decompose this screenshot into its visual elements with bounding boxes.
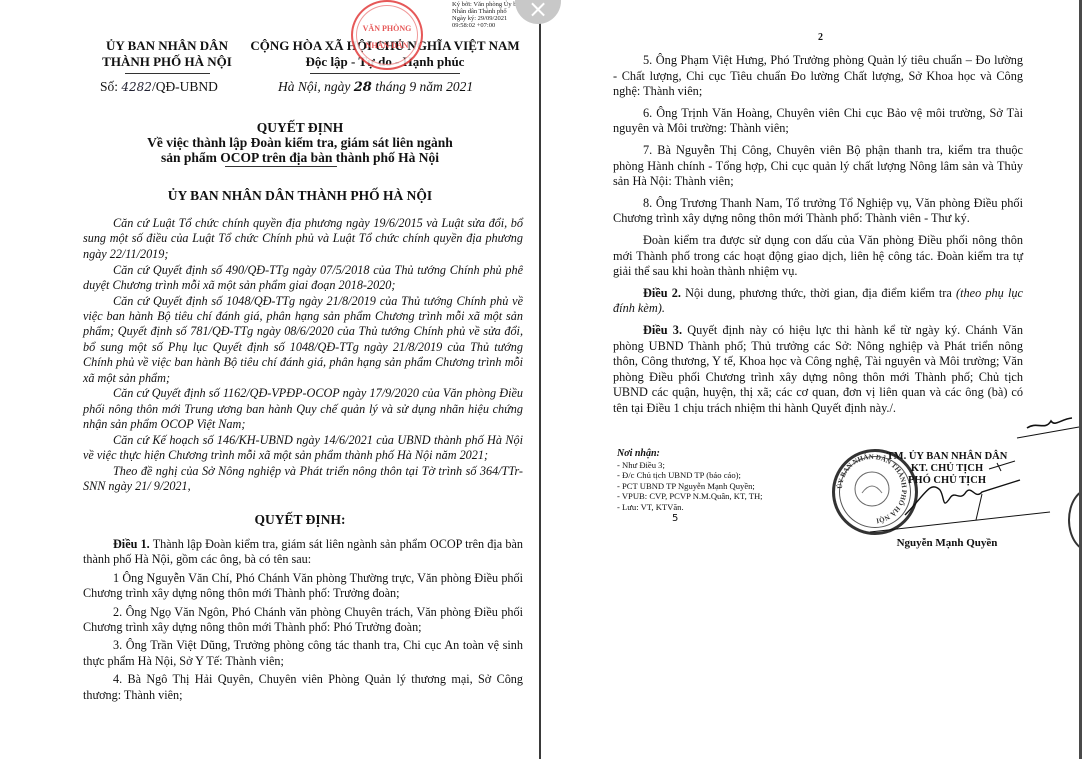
recipient-item: - Lưu: VT, KTVăn. xyxy=(617,502,837,513)
article-2-text: Nội dung, phương thức, thời gian, địa đi… xyxy=(681,286,956,300)
recipients-list: Nơi nhận: - Như Điều 3; - Đ/c Chủ tịch U… xyxy=(617,449,837,525)
org-line-1: ỦY BAN NHÂN DÂN xyxy=(92,38,242,54)
subtitle-line-1: Về việc thành lập Đoàn kiểm tra, giám sá… xyxy=(80,135,520,150)
doc-no-handwritten: 4282 xyxy=(121,80,152,94)
basis-item: Căn cứ Quyết định số 490/QĐ-TTg ngày 07/… xyxy=(83,263,523,294)
initial-mark-icon xyxy=(1017,413,1082,443)
article-2: Điều 2. Nội dung, phương thức, thời gian… xyxy=(613,286,1023,317)
member-item: 2. Ông Ngọ Văn Ngôn, Phó Chánh văn phòng… xyxy=(83,605,523,636)
member-item: 8. Ông Trương Thanh Nam, Tổ trưởng Tổ Ng… xyxy=(613,196,1023,227)
recipient-item: - Đ/c Chủ tịch UBND TP (báo cáo); xyxy=(617,470,837,481)
article-1: Điều 1. Thành lập Đoàn kiểm tra, giám sá… xyxy=(83,537,523,706)
decide-heading: QUYẾT ĐỊNH: xyxy=(80,512,520,528)
recipients-heading: Nơi nhận: xyxy=(617,449,837,460)
place-suffix: tháng 9 năm 2021 xyxy=(372,79,473,94)
seal-bottom-text: NHÂN DÂN xyxy=(353,41,421,50)
title-underline xyxy=(225,166,337,167)
place-prefix: Hà Nội, ngày xyxy=(278,79,354,94)
signer-name: Nguyễn Mạnh Quyền xyxy=(862,537,1032,549)
handwritten-signature-icon xyxy=(900,470,1040,530)
initial-tick-icon xyxy=(987,459,1017,473)
basis-item: Căn cứ Luật Tổ chức chính quyền địa phươ… xyxy=(83,216,523,262)
article-1-intro: Điều 1. Thành lập Đoàn kiểm tra, giám sá… xyxy=(83,537,523,568)
handwritten-count: 5 xyxy=(672,514,837,525)
article-3: Điều 3. Quyết định này có hiệu lực thi h… xyxy=(613,323,1023,417)
member-item: 5. Ông Phạm Việt Hưng, Phó Trưởng phòng … xyxy=(613,53,1023,100)
place-day-handwritten: 28 xyxy=(354,80,372,95)
page-number: 2 xyxy=(818,32,823,43)
page-2-body: 5. Ông Phạm Việt Hưng, Phó Trưởng phòng … xyxy=(613,53,1023,422)
basis-item: Theo đề nghị của Sở Nông nghiệp và Phát … xyxy=(83,464,523,495)
org-underline xyxy=(125,73,210,74)
office-red-seal: VĂN PHÒNG NHÂN DÂN xyxy=(351,0,423,70)
article-2-label: Điều 2. xyxy=(643,286,681,300)
seal-usage-paragraph: Đoàn kiểm tra được sử dụng con dấu của V… xyxy=(613,233,1023,280)
legal-basis: Căn cứ Luật Tổ chức chính quyền địa phươ… xyxy=(83,216,523,495)
basis-item: Căn cứ Quyết định số 1048/QĐ-TTg ngày 21… xyxy=(83,294,523,386)
basis-item: Căn cứ Kế hoạch số 146/KH-UBND ngày 14/6… xyxy=(83,433,523,464)
article-3-label: Điều 3. xyxy=(643,323,682,337)
decision-title: QUYẾT ĐỊNH Về việc thành lập Đoàn kiểm t… xyxy=(80,120,520,165)
council-heading: ỦY BAN NHÂN DÂN THÀNH PHỐ HÀ NỘI xyxy=(80,188,520,204)
member-item: 7. Bà Nguyễn Thị Công, Chuyên viên Bộ ph… xyxy=(613,143,1023,190)
member-item: 3. Ông Trần Việt Dũng, Trưởng phòng công… xyxy=(83,638,523,669)
article-1-text: Thành lập Đoàn kiểm tra, giám sát liên n… xyxy=(83,537,523,566)
title-text: QUYẾT ĐỊNH xyxy=(80,120,520,135)
doc-no-prefix: Số: xyxy=(100,79,121,94)
motto-underline xyxy=(310,73,460,74)
document-number: Số: 4282/QĐ-UBND xyxy=(100,79,218,95)
document-page-1: ỦY BAN NHÂN DÂN THÀNH PHỐ HÀ NỘI CỘNG HÒ… xyxy=(0,0,539,759)
recipient-item: - PCT UBND TP Nguyễn Mạnh Quyền; xyxy=(617,481,837,492)
basis-item: Căn cứ Quyết định số 1162/QĐ-VPĐP-OCOP n… xyxy=(83,386,523,432)
issuing-organization: ỦY BAN NHÂN DÂN THÀNH PHỐ HÀ NỘI xyxy=(92,38,242,70)
place-date: Hà Nội, ngày 28 tháng 9 năm 2021 xyxy=(278,79,473,95)
org-line-2: THÀNH PHỐ HÀ NỘI xyxy=(92,54,242,70)
subtitle-line-2: sản phẩm OCOP trên địa bàn thành phố Hà … xyxy=(80,150,520,165)
recipient-item: - Như Điều 3; xyxy=(617,460,837,471)
member-item: 1 Ông Nguyễn Văn Chí, Phó Chánh Văn phòn… xyxy=(83,571,523,602)
article-1-label: Điều 1. xyxy=(113,537,150,551)
member-item: 6. Ông Trịnh Văn Hoàng, Chuyên viên Chi … xyxy=(613,106,1023,137)
seal-top-text: VĂN PHÒNG xyxy=(353,24,421,33)
close-icon: × xyxy=(528,0,548,23)
doc-no-suffix: /QĐ-UBND xyxy=(152,79,218,94)
recipient-item: - VPUB: CVP, PCVP N.M.Quân, KT, TH; xyxy=(617,491,837,502)
member-item: 4. Bà Ngô Thị Hải Quyên, Chuyên viên Phò… xyxy=(83,672,523,703)
